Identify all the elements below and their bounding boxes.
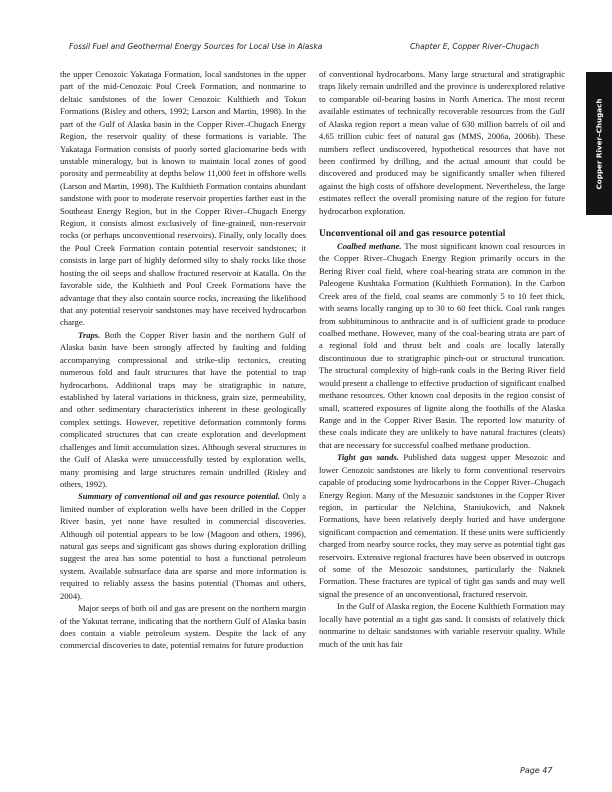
side-tab-label: Copper River–Chugach (595, 98, 604, 189)
paragraph-major-seeps: Major seeps of both oil and gas are pres… (60, 602, 306, 652)
paragraph-traps: Traps. Both the Copper River basin and t… (60, 329, 306, 490)
run-in-heading-coalbed: Coalbed methane. (337, 241, 402, 251)
chapter-side-tab: Copper River–Chugach (586, 72, 612, 215)
run-in-heading-tight-gas: Tight gas sands. (337, 452, 399, 462)
paragraph-summary-conventional: Summary of conventional oil and gas reso… (60, 490, 306, 602)
paragraph-reservoir-formations: the upper Cenozoic Yakataga Formation, l… (60, 68, 306, 329)
summary-body: Only a limited number of exploration wel… (60, 491, 306, 600)
left-column: the upper Cenozoic Yakataga Formation, l… (60, 68, 306, 652)
paragraph-tight-gas: Tight gas sands. Published data suggest … (319, 451, 565, 600)
page-number: Page 47 (520, 766, 552, 775)
running-header: Fossil Fuel and Geothermal Energy Source… (0, 40, 612, 54)
coalbed-body: The most significant known coal resource… (319, 241, 565, 450)
header-publication-title: Fossil Fuel and Geothermal Energy Source… (69, 42, 322, 51)
right-column: of conventional hydrocarbons. Many large… (319, 68, 565, 650)
run-in-heading-summary: Summary of conventional oil and gas reso… (78, 491, 280, 501)
section-heading-unconventional: Unconventional oil and gas resource pote… (319, 227, 565, 240)
paragraph-conventional-estimates: of conventional hydrocarbons. Many large… (319, 68, 565, 217)
paragraph-kulthieth-tight-gas: In the Gulf of Alaska region, the Eocene… (319, 600, 565, 650)
paragraph-coalbed-methane: Coalbed methane. The most significant kn… (319, 240, 565, 451)
tight-gas-body: Published data suggest upper Mesozoic an… (319, 452, 565, 599)
header-chapter-title: Chapter E, Copper River–Chugach (410, 42, 539, 51)
run-in-heading-traps: Traps. (78, 330, 100, 340)
traps-body: Both the Copper River basin and the nort… (60, 330, 306, 489)
